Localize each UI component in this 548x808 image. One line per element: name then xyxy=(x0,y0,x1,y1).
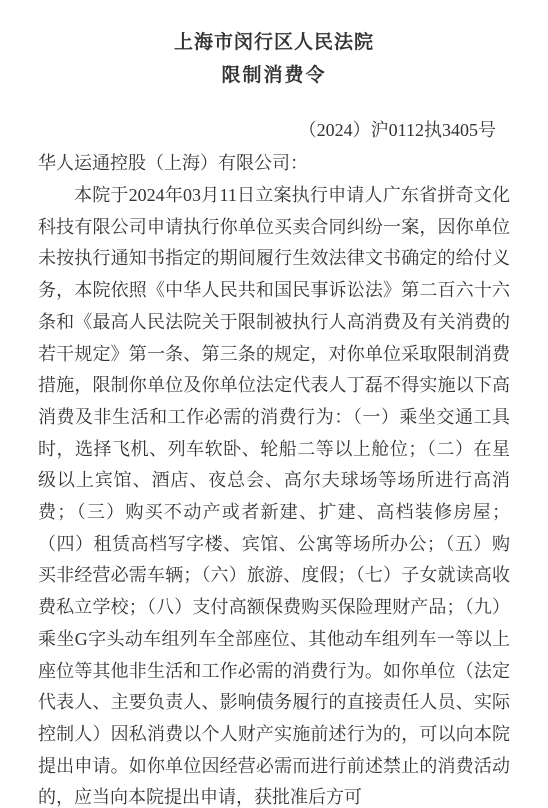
document-title: 限制消费令 xyxy=(38,59,510,92)
addressee: 华人运通控股（上海）有限公司： xyxy=(38,147,510,180)
document-page: 上海市闵行区人民法院 限制消费令 （2024）沪0112执3405号 华人运通控… xyxy=(0,0,548,808)
case-number: （2024）沪0112执3405号 xyxy=(38,114,510,147)
court-name: 上海市闵行区人民法院 xyxy=(38,26,510,59)
document-body: 本院于2024年03月11日立案执行申请人广东省拼奇文化科技有限公司申请执行你单… xyxy=(38,180,510,808)
